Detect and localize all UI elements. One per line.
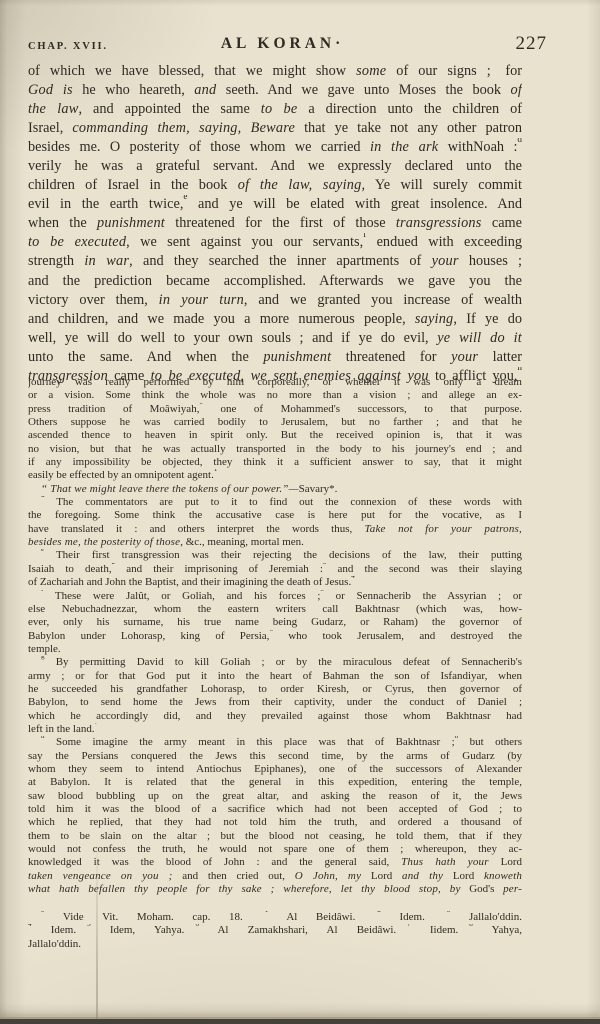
commentary-paragraph: journey was really performed by him corp… (28, 376, 522, 483)
text-line: taken vengeance on you ; and then cried … (28, 870, 522, 883)
text-line: have translated it : and others interpre… (28, 523, 522, 536)
text-line: Others suppose he was carried bodily to … (28, 416, 522, 429)
text-line: and children, and we made you a more num… (28, 310, 522, 329)
text-line: left in the land.7 (28, 723, 522, 736)
text-line: of Zachariah and John the Baptist, and t… (28, 576, 522, 589)
text-line: told him it was the blood of a sacrifice… (28, 803, 522, 816)
footnote-savary: “ That we might leave there the tokens o… (28, 483, 522, 496)
text-line: else Nebuchadnezzar, whom the eastern wr… (28, 603, 522, 616)
text-line: ever, only his surname, his true name be… (28, 616, 522, 629)
text-line: verily he was a grateful servant. And we… (28, 157, 522, 176)
text-line: when the punishment threatened for the f… (28, 214, 522, 233)
text-line: if any impossibility be objected, they t… (28, 456, 522, 469)
page-title: AL KORAN· (221, 35, 344, 53)
text-line: the foregoing. Some think the accusative… (28, 509, 522, 522)
text-line: children of Israel in the book of the la… (28, 176, 522, 195)
text-line: say the Persians conquered the Jews this… (28, 750, 522, 763)
text-line: 4 Idem. 5 Idem, Yahya. 6 Al Zamakhshari,… (28, 924, 522, 937)
text-line: besides me. O posterity of those whom we… (28, 138, 522, 157)
text-line: Jallalo'ddin. (28, 938, 522, 951)
text-line: whom they seem to intend Antiochus Epiph… (28, 763, 522, 776)
text-line: knowledged it was the blood of John : an… (28, 856, 522, 869)
book-page: CHAP. XVII. AL KORAN· 227 of which we ha… (0, 0, 600, 1024)
text-line: ascended thence to heaven in spirit only… (28, 429, 522, 442)
footnote-f: f These were Jalût, or Goliah, and his f… (28, 590, 522, 657)
main-text-paragraph: of which we have blessed, that we might … (28, 62, 522, 386)
footnote-e: e Their first transgression was their re… (28, 549, 522, 589)
text-line: Isaiah to death,2 and their imprisoning … (28, 563, 522, 576)
text-line: unto the same. And when the punishment t… (28, 348, 522, 367)
text-line: at Babylon. It is related that the gener… (28, 776, 522, 789)
text-line: h Some imagine the army meant in this pl… (28, 736, 522, 749)
text-line: strength in war, and they searched the i… (28, 252, 522, 271)
text-line: easily be effected by an omnipotent agen… (28, 469, 522, 482)
text-line: press tradition of Moâwiyah,9 one of Moh… (28, 403, 522, 416)
text-line: evil in the earth twice,e and ye will be… (28, 195, 522, 214)
text-line: g By permitting David to kill Goliah ; o… (28, 656, 522, 669)
text-line: he succeeded his grandfather Lohorasp, t… (28, 683, 522, 696)
page-header: CHAP. XVII. AL KORAN· 227 (28, 34, 547, 54)
text-line: of which we have blessed, that we might … (28, 62, 522, 81)
text-line: “ That we might leave there the tokens o… (28, 483, 522, 496)
text-line: journey was really performed by him corp… (28, 376, 522, 389)
text-line: God is he who heareth, and seeth. And we… (28, 81, 522, 100)
text-line: f These were Jalût, or Goliah, and his f… (28, 590, 522, 603)
page-number: 227 (516, 33, 548, 55)
text-line: them to be slain on the altar ; but the … (28, 830, 522, 843)
text-line: Babylon, to send home the Jews from thei… (28, 696, 522, 709)
footnote-d: d The commentators are put to it to find… (28, 496, 522, 549)
text-line: 9 Vide Vit. Moham. cap. 18. 1 Al Beidâwi… (28, 911, 522, 924)
bottom-edge-shadow (0, 1019, 600, 1024)
citations-block: 9 Vide Vit. Moham. cap. 18. 1 Al Beidâwi… (28, 911, 522, 951)
text-line: besides me, the posterity of those, &c.,… (28, 536, 522, 549)
text-line: to be executed, we sent against you our … (28, 233, 522, 252)
text-line: saw blood bubbling up on the great altar… (28, 790, 522, 803)
text-line: what hath befallen thy people for thy sa… (28, 883, 522, 896)
footnote-h: h Some imagine the army meant in this pl… (28, 736, 522, 896)
footnote-area: journey was really performed by him corp… (28, 376, 522, 896)
text-line: which he accordingly did, and they preva… (28, 710, 522, 723)
text-line: or a vision. Some think the whole was no… (28, 389, 522, 402)
text-line: army ; or for that God put it into the h… (28, 670, 522, 683)
text-line: which he replied, that they had not told… (28, 816, 522, 829)
page-crease (96, 840, 98, 1019)
text-line: e Their first transgression was their re… (28, 549, 522, 562)
text-line: and the prediction became accomplished. … (28, 272, 522, 291)
text-line: victory over them, in your turn, and we … (28, 291, 522, 310)
text-line: would not confess the truth, he would no… (28, 843, 522, 856)
footnote-g: g By permitting David to kill Goliah ; o… (28, 656, 522, 736)
text-line: the law, and appointed the same to be a … (28, 100, 522, 119)
chapter-label: CHAP. XVII. (28, 41, 108, 52)
text-line: well, ye will do well to your own souls … (28, 329, 522, 348)
text-line: Babylon under Lohorasp, king of Persia,6… (28, 630, 522, 643)
text-line: temple. (28, 643, 522, 656)
text-line: d The commentators are put to it to find… (28, 496, 522, 509)
text-line: Israel, commanding them, saying, Beware … (28, 119, 522, 138)
text-line: no vision, but that he was actually tran… (28, 443, 522, 456)
